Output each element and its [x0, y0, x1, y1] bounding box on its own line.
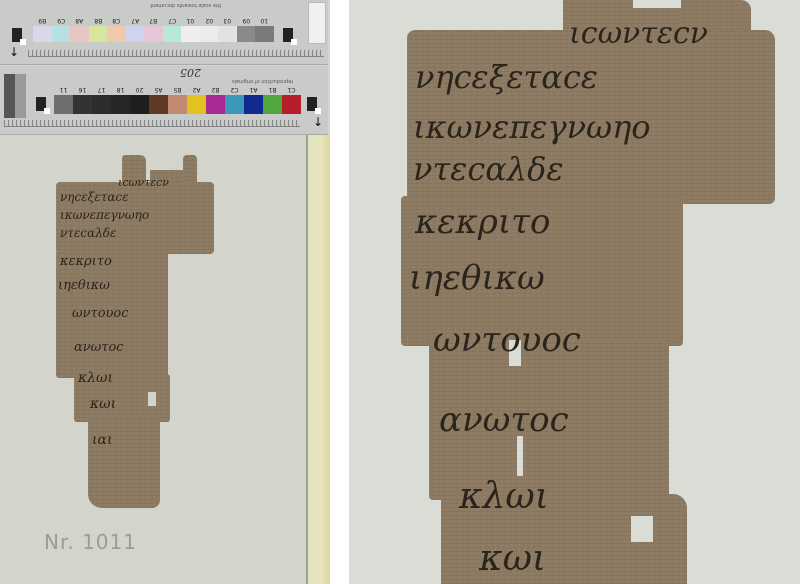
color-patch-label: B1	[263, 86, 282, 93]
color-patch-label: B7	[144, 17, 163, 24]
color-patch: B5	[168, 95, 187, 114]
script-line: κεκριτο	[415, 202, 550, 242]
color-patch-label: A7	[126, 17, 145, 24]
color-patch: 20	[130, 95, 149, 114]
down-arrow-icon: ↓	[9, 46, 19, 58]
left-panel-full-fragment: the scale towards document B9C9A8B8C8A7B…	[0, 0, 330, 584]
script-line: ανωτοc	[439, 400, 569, 440]
color-patch-label: A2	[187, 86, 206, 93]
color-patch: B8	[89, 26, 108, 42]
color-patch-label: C9	[52, 17, 71, 24]
color-patch-label: C7	[163, 17, 182, 24]
right-panel-detail-fragment: ιcωντεcν νηcεξεταcε ικωνεπεγνωηο ντεcαλδ…	[349, 0, 800, 584]
color-patch-label: 18	[111, 86, 130, 93]
color-patch: 11	[54, 95, 73, 114]
color-patch: A1	[244, 95, 263, 114]
script-line: ωντουοc	[72, 306, 129, 321]
papyrus-fragment-top-tab	[183, 155, 197, 185]
color-chart-bottom-strip: 205 reproduction of originals 1116171820…	[0, 66, 328, 135]
ruler-scale-bottom	[4, 120, 300, 127]
registration-mark-icon	[36, 97, 46, 111]
papyrus-hole	[631, 516, 653, 542]
script-line: ωντουοc	[433, 320, 581, 360]
script-line: ανωτοc	[74, 340, 124, 355]
color-patch-label: B5	[168, 86, 187, 93]
registration-mark-icon	[307, 97, 317, 111]
color-patch: 01	[181, 26, 200, 42]
color-patch: A8	[70, 26, 89, 42]
papyrus-hole	[148, 392, 156, 406]
papyrus-hole	[517, 436, 523, 476]
color-patch: B1	[263, 95, 282, 114]
script-line: κωι	[479, 538, 546, 579]
color-patch-label: 02	[200, 17, 219, 24]
grey-wedge	[4, 74, 26, 118]
color-patch-label: 11	[54, 86, 73, 93]
color-patch-label: A5	[149, 86, 168, 93]
color-patch-label: 17	[92, 86, 111, 93]
color-chart-top-strip: the scale towards document B9C9A8B8C8A7B…	[0, 0, 328, 65]
color-patch: C1	[282, 95, 301, 114]
color-patch-label: C1	[282, 86, 301, 93]
color-patch: A2	[187, 95, 206, 114]
chart-corner-tab	[308, 2, 326, 44]
script-line: ιcωντεcν	[118, 176, 169, 189]
color-patch-label: 09	[237, 17, 256, 24]
color-patch-label: 16	[73, 86, 92, 93]
color-patches-top-row: B9C9A8B8C8A7B7C70102030910	[33, 26, 274, 42]
script-line: ιηεθικω	[58, 278, 110, 293]
color-patch: 03	[218, 26, 237, 42]
ruler-scale-top	[28, 50, 324, 57]
color-patch: C7	[163, 26, 182, 42]
script-line: ικωνεπεγνωηο	[60, 208, 149, 222]
color-patch: 18	[111, 95, 130, 114]
color-patch: A7	[126, 26, 145, 42]
chart-caption-top: the scale towards document	[150, 2, 221, 8]
color-patch-label: B8	[89, 17, 108, 24]
color-patch: B2	[206, 95, 225, 114]
color-patch: A5	[149, 95, 168, 114]
down-arrow-icon: ↓	[313, 116, 323, 128]
color-patch-label: A8	[70, 17, 89, 24]
script-line: νηcεξεταcε	[60, 190, 129, 204]
script-line: κεκριτο	[60, 254, 112, 269]
script-line: ντεcαλδε	[413, 150, 564, 188]
panel-divider	[330, 0, 349, 584]
color-patches-bottom-row: 1116171820A5B5A2B2C2A1B1C1	[54, 95, 301, 114]
color-patch: C9	[52, 26, 71, 42]
color-patch-label: 03	[218, 17, 237, 24]
mount-board-edge	[308, 135, 330, 584]
registration-mark-icon	[283, 28, 293, 42]
handwritten-chart-number: 205	[180, 66, 201, 79]
color-patch: 10	[255, 26, 274, 42]
color-patch-label: A1	[244, 86, 263, 93]
color-patch: B9	[33, 26, 52, 42]
script-line: ντεcαλδε	[60, 226, 116, 240]
registration-mark-icon	[12, 28, 22, 42]
color-patch: C2	[225, 95, 244, 114]
color-patch: 16	[73, 95, 92, 114]
color-patch: B7	[144, 26, 163, 42]
color-patch-label: B9	[33, 17, 52, 24]
script-line: κλωι	[459, 476, 549, 517]
color-patch-label: 20	[130, 86, 149, 93]
color-patch: 17	[92, 95, 111, 114]
color-patch-label: C8	[107, 17, 126, 24]
script-line: κωι	[90, 396, 116, 412]
chart-caption-bottom: reproduction of originals	[232, 78, 293, 84]
script-line: ικωνεπεγνωηο	[413, 108, 651, 146]
color-patch: 02	[200, 26, 219, 42]
color-patch-label: C2	[225, 86, 244, 93]
script-line: ιcωντεcν	[569, 16, 708, 51]
color-patch-label: 10	[255, 17, 274, 24]
script-line: ιαι	[92, 432, 112, 448]
color-patch: 09	[237, 26, 256, 42]
script-line: ιηεθικω	[409, 258, 545, 298]
color-patch-label: 01	[181, 17, 200, 24]
color-patch-label: B2	[206, 86, 225, 93]
script-line: νηcεξεταcε	[415, 58, 598, 96]
color-patch: C8	[107, 26, 126, 42]
script-line: κλωι	[78, 370, 113, 386]
inventory-number-label: Nr. 1011	[44, 530, 137, 554]
